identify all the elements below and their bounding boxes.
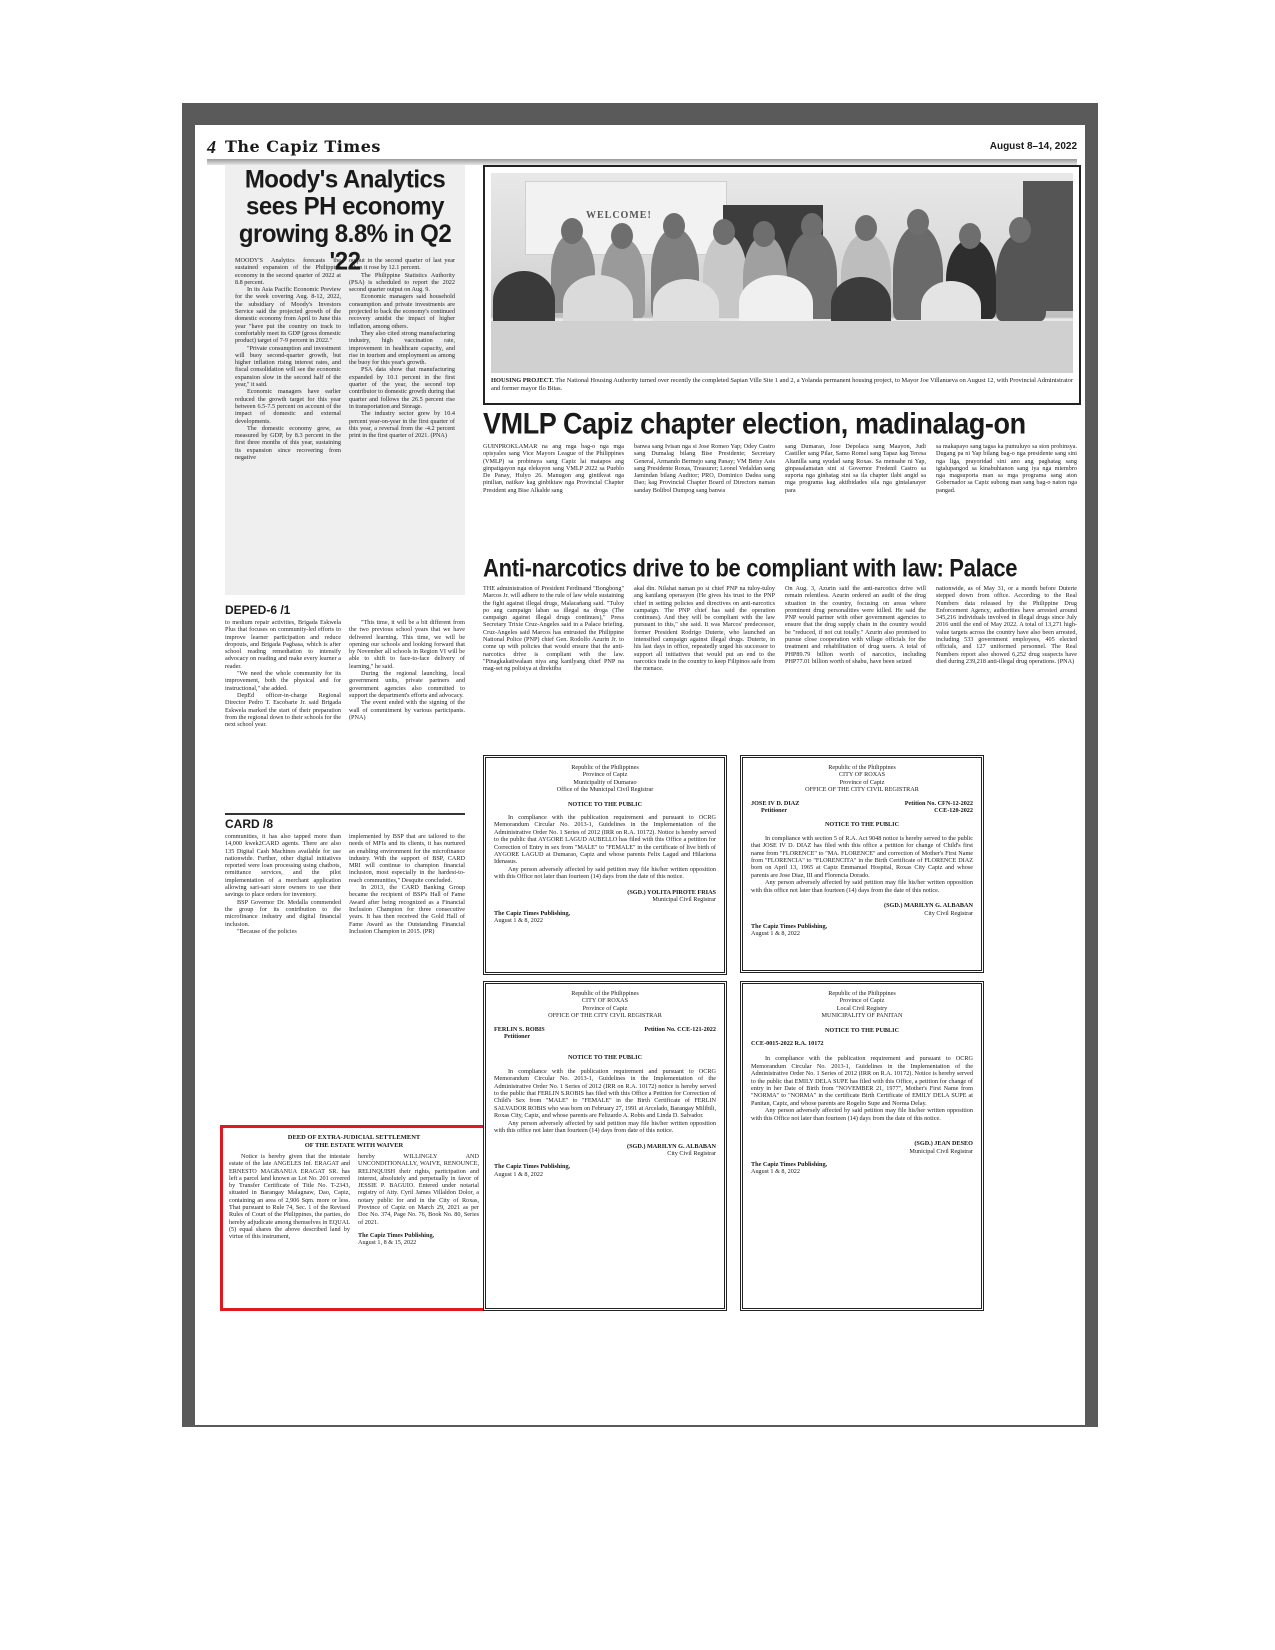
notice-body: Any person adversely affected by said pe… [494,866,716,881]
banner-text: WELCOME! [586,210,652,221]
section-divider [225,813,465,815]
paragraph: The event ended with the signing of the … [349,699,465,721]
notice-header-line: Province of Capiz [494,771,716,778]
notice-body: In compliance with the publication requi… [494,1068,716,1120]
head [855,215,877,241]
paragraph: implemented by BSP that are tailored to … [349,833,465,884]
head [663,213,685,239]
notice-petitioner-label: Petitioner [751,807,787,814]
legal-notice-roxas-robis: Republic of the Philippines CITY OF ROXA… [483,981,727,1311]
notice-pub-dates: August 1 & 8, 2022 [494,1171,716,1178]
paragraph: hereby WILLINGLY AND UNCONDITIONALLY, WA… [358,1153,479,1226]
notice-header-line: Municipality of Dumarao [494,779,716,786]
head [959,223,981,249]
anti-narcotics-article: THE administration of President Ferdinan… [483,585,1077,673]
deed-column-2: hereby WILLINGLY AND UNCONDITIONALLY, WA… [358,1153,479,1247]
deed-notice-highlighted: DEED OF EXTRA-JUDICIAL SETTLEMENT OF THE… [220,1125,490,1311]
notice-signatory: (SGD.) JEAN DESEO [751,1140,973,1147]
moodys-article: Moody's Analytics sees PH economy growin… [225,165,465,595]
paragraph: PSA data show that manufacturing expande… [349,366,455,410]
head [753,221,775,247]
head [611,223,633,249]
paragraph: sang Dumarao, Jose Depolaca sang Maayon,… [785,443,926,494]
anti-column: nationwide, as of May 31, or a month bef… [936,585,1077,673]
notice-signatory-title: City Civil Registrar [494,1150,716,1157]
notice-reference: CCE-0015-2022 R.A. 10172 [751,1040,973,1047]
anti-column: akal din. Nilahat naman po si chief PNP … [634,585,775,673]
notice-header-line: MUNICIPALITY OF PANITAN [751,1012,973,1019]
card-continuation: CARD /8 communities, it has also tapped … [225,817,465,1122]
deped-jump-head: DEPED-6 /1 [225,603,465,617]
deed-publisher: The Capiz Times Publishing, [358,1232,479,1239]
caption-lead: HOUSING PROJECT. [491,377,554,384]
notice-petitioner-label: Petitioner [494,1033,530,1040]
head [1009,217,1031,243]
paragraph: sa makapayo sang tagsa ka pumuluyo sa st… [936,443,1077,494]
photo-caption: HOUSING PROJECT. The National Housing Au… [491,377,1073,393]
paragraph: BSP Governor Dr. Medalla commended the g… [225,899,341,928]
paragraph: They also cited strong manufacturing ind… [349,330,455,366]
anti-column: On Aug. 3, Azurin said the anti-narcotic… [785,585,926,673]
legal-notice-roxas-diaz: Republic of the Philippines CITY OF ROXA… [740,755,984,973]
deped-column-2: "This time, it will be a bit different f… [349,619,465,728]
card-column-1: communities, it has also tapped more tha… [225,833,341,935]
notice-header-line: Province of Capiz [751,779,973,786]
notice-publisher: The Capiz Times Publishing, [751,1161,973,1168]
group-photo: WELCOME! [491,173,1073,373]
notice-signatory-title: Municipal Civil Registrar [494,896,716,903]
paragraph: During the regional launching, local gov… [349,670,465,699]
paragraph: banwa sang Ivisan nga si Jose Romeo Yap;… [634,443,775,494]
newspaper-page: 4 The Capiz Times August 8–14, 2022 Mood… [195,125,1085,1425]
vmlp-column: GUINPROKLAMAR na ang mga bag-o nga mga o… [483,443,624,494]
notice-body: In compliance with the publication requi… [751,1055,973,1107]
notice-signatory-title: City Civil Registrar [751,910,973,917]
notice-header-line: Republic of the Philippines [494,764,716,771]
page-number: 4 [207,137,216,158]
paragraph: "We need the whole community for its imp… [225,670,341,692]
paragraph: "Because of the policies [225,928,341,935]
notice-header-line: Province of Capiz [494,1005,716,1012]
notice-header-line: Republic of the Philippines [494,990,716,997]
paragraph: DepEd officer-in-charge Regional Directo… [225,692,341,728]
paragraph: Notice is hereby given that the intestat… [229,1153,350,1241]
paragraph: to medium repair activities, Brigada Esk… [225,619,341,670]
card-column-2: implemented by BSP that are tailored to … [349,833,465,935]
person [996,233,1046,321]
vmlp-article: GUINPROKLAMAR na ang mga bag-o nga mga o… [483,443,1077,494]
table [491,321,1073,373]
notice-title: NOTICE TO THE PUBLIC [751,821,973,828]
paragraph: Economic managers have earlier reduced t… [235,388,341,424]
notice-body: Any person adversely affected by said pe… [494,1120,716,1135]
paper-name: The Capiz Times [225,137,381,156]
paragraph: nationwide, as of May 31, or a month bef… [936,585,1077,665]
caption-text: The National Housing Authority turned ov… [491,377,1073,392]
notice-signatory: (SGD.) MARILYN G. ALBABAN [494,1143,716,1150]
notice-signatory-title: Municipal Civil Registrar [751,1148,973,1155]
paragraph: The Philippine Statistics Authority (PSA… [349,272,455,294]
notice-petition-number: Petition No. CFN-12-2022 [905,800,973,807]
anti-narcotics-headline: Anti-narcotics drive to be compliant wit… [483,555,1083,582]
head [561,218,583,244]
vmlp-headline: VMLP Capiz chapter election, madinalag-o… [483,407,1083,440]
paragraph: akal din. Nilahat naman po si chief PNP … [634,585,775,673]
vmlp-column: banwa sang Ivisan nga si Jose Romeo Yap;… [634,443,775,494]
notice-body: In compliance with section 5 of R.A. Act… [751,835,973,879]
paragraph: The domestic economy grew, as measured b… [235,425,341,461]
paragraph: GUINPROKLAMAR na ang mga bag-o nga mga o… [483,443,624,494]
notice-title: NOTICE TO THE PUBLIC [751,1027,973,1034]
notice-header-line: Republic of the Philippines [751,990,973,997]
notice-signatory: (SGD.) MARILYN G. ALBABAN [751,902,973,909]
moodys-column-2: output in the second quarter of last yea… [349,257,455,461]
paragraph: On Aug. 3, Azurin said the anti-narcotic… [785,585,926,665]
notice-body: Any person adversely affected by said pe… [751,1107,973,1122]
paragraph: THE administration of President Ferdinan… [483,585,624,673]
notice-pub-dates: August 1 & 8, 2022 [494,917,716,924]
notice-title: NOTICE TO THE PUBLIC [494,1054,716,1061]
notice-petition-number: Petition No. CCE-121-2022 [644,1026,716,1033]
anti-column: THE administration of President Ferdinan… [483,585,624,673]
deped-column-1: to medium repair activities, Brigada Esk… [225,619,341,728]
notice-publisher: The Capiz Times Publishing, [494,1163,716,1170]
notice-title: NOTICE TO THE PUBLIC [494,801,716,808]
paragraph: "Private consumption and investment will… [235,345,341,389]
paragraph: MOODY'S Analytics forecasts the sustaine… [235,257,341,286]
moodys-column-1: MOODY'S Analytics forecasts the sustaine… [235,257,341,461]
notice-body: In compliance with the publication requi… [494,814,716,866]
deed-column-1: Notice is hereby given that the intestat… [229,1153,350,1247]
notice-body: Any person adversely affected by said pe… [751,879,973,894]
paragraph: In 2013, the CARD Banking Group became t… [349,884,465,935]
deped-continuation: DEPED-6 /1 to medium repair activities, … [225,603,465,813]
notice-pub-dates: August 1 & 8, 2022 [751,930,973,937]
notice-header-line: Province of Capiz [751,997,973,1004]
card-jump-head: CARD /8 [225,817,465,831]
masthead: 4 The Capiz Times August 8–14, 2022 [207,137,1077,159]
deed-pub-dates: August 1, 8 & 15, 2022 [358,1239,479,1246]
notice-header-line: CITY OF ROXAS [494,997,716,1004]
notice-publisher: The Capiz Times Publishing, [494,910,716,917]
paragraph: In its Asia Pacific Economic Preview for… [235,286,341,344]
notice-signatory: (SGD.) YOLITA PIROTE FRIAS [494,889,716,896]
paragraph: "This time, it will be a bit different f… [349,619,465,670]
head [801,213,823,239]
paragraph: Economic managers said household consump… [349,293,455,329]
notice-header-line: Office of the Municipal Civil Registrar [494,786,716,793]
notice-header-line: Local Civil Registry [751,1005,973,1012]
paragraph: The industry sector grew by 10.4 percent… [349,410,455,439]
vmlp-column: sang Dumarao, Jose Depolaca sang Maayon,… [785,443,926,494]
notice-pub-dates: August 1 & 8, 2022 [751,1168,973,1175]
notice-petitioner: JOSE IV D. DIAZ [751,800,799,807]
notice-header-line: OFFICE OF THE CITY CIVIL REGISTRAR [494,1012,716,1019]
notice-publisher: The Capiz Times Publishing, [751,923,973,930]
notice-header-line: Republic of the Philippines [751,764,973,771]
notice-header-line: CITY OF ROXAS [751,771,973,778]
paragraph: output in the second quarter of last yea… [349,257,455,272]
housing-photo-frame: WELCOME! [483,165,1081,405]
paragraph: communities, it has also tapped more tha… [225,833,341,899]
legal-notice-panitan: Republic of the Philippines Province of … [740,981,984,1311]
head [713,219,735,245]
issue-date: August 8–14, 2022 [990,141,1077,152]
notice-header-line: OFFICE OF THE CITY CIVIL REGISTRAR [751,786,973,793]
legal-notice-dumarao: Republic of the Philippines Province of … [483,755,727,975]
deed-title-line-2: OF THE ESTATE WITH WAIVER [229,1142,479,1150]
vmlp-column: sa makapayo sang tagsa ka pumuluyo sa st… [936,443,1077,494]
head [907,209,929,235]
notice-petitioner: FERLIN S. ROBIS [494,1026,545,1033]
notice-petition-number-2: CCE-120-2022 [934,807,973,814]
deed-title-line-1: DEED OF EXTRA-JUDICIAL SETTLEMENT [229,1134,479,1142]
